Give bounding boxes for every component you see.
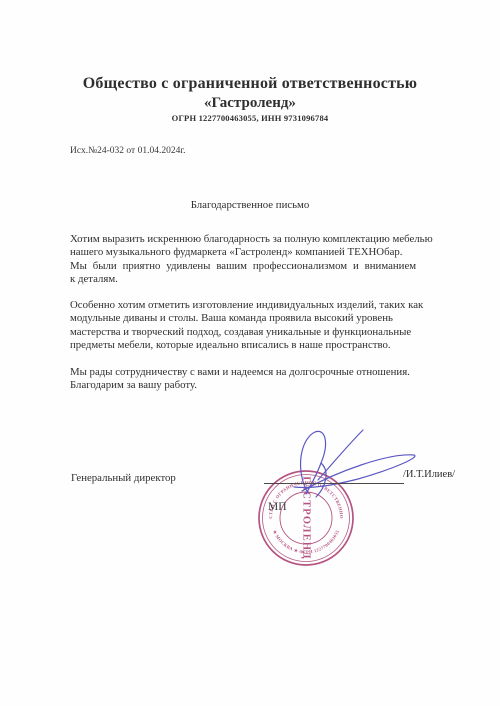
org-name-line2: «Гастроленд»	[0, 94, 500, 113]
outgoing-ref-number: Исх.№24-032 от 01.04.2024г.	[70, 146, 186, 156]
paragraph-3: Мы рады сотрудничеству с вами и надеемся…	[70, 366, 466, 393]
signer-name: /И.Т.Илиев/	[403, 469, 455, 480]
letterhead: Общество с ограниченной ответственностью…	[0, 74, 500, 124]
paragraph-2: Особенно хотим отметить изготовление инд…	[70, 299, 466, 353]
paragraph-line: мастерства и творческий подход, создавая…	[70, 326, 466, 339]
signer-position-title: Генеральный директор	[71, 472, 176, 484]
paragraph-line: нашего музыкального фудмаркета «Гастроле…	[70, 246, 466, 259]
paragraph-line: Особенно хотим отметить изготовление инд…	[70, 299, 466, 312]
paragraph-line: Благодарим за вашу работу.	[70, 379, 466, 392]
paragraph-1: Хотим выразить искреннюю благодарность з…	[70, 233, 466, 287]
signature-stroke	[294, 455, 415, 491]
paragraph-line: Мы были приятно удивлены вашим профессио…	[70, 260, 466, 273]
handwritten-signature	[278, 427, 420, 505]
paragraph-line: предметы мебели, которые идеально вписал…	[70, 339, 466, 352]
paragraph-line: модульные диваны и столы. Ваша команда п…	[70, 312, 466, 325]
org-name-line1: Общество с ограниченной ответственностью	[0, 74, 500, 94]
org-registration-numbers: ОГРН 1227700463055, ИНН 9731096784	[0, 113, 500, 124]
paragraph-line: Мы рады сотрудничеству с вами и надеемся…	[70, 366, 466, 379]
signature-rule-line	[264, 483, 404, 484]
letter-title: Благодарственное письмо	[0, 199, 500, 211]
letter-page: Общество с ограниченной ответственностью…	[0, 0, 500, 706]
paragraph-line: к деталям.	[70, 273, 466, 286]
paragraph-line: Хотим выразить искреннюю благодарность з…	[70, 233, 466, 246]
